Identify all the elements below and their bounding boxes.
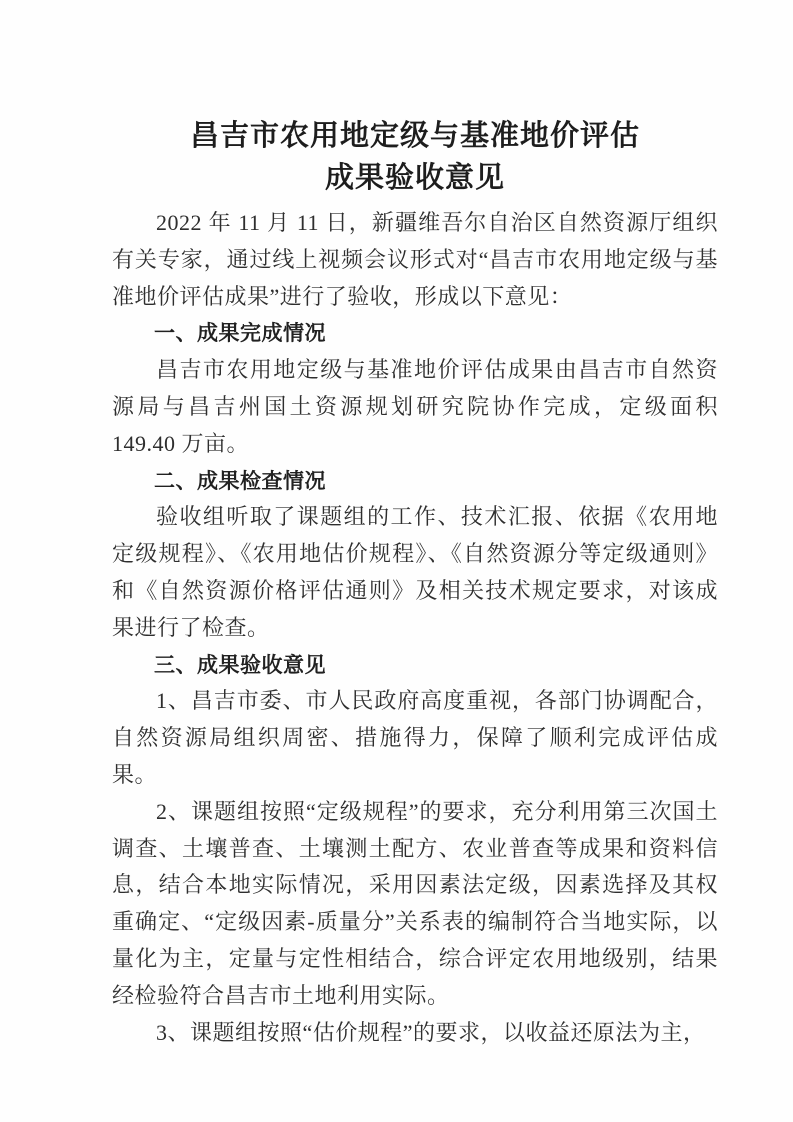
opinion-item-1: 1、昌吉市委、市人民政府高度重视，各部门协调配合，自然资源局组织周密、措施得力，… [112,683,718,793]
section-heading-completion: 一、成果完成情况 [112,315,718,352]
inspection-paragraph: 验收组听取了课题组的工作、技术汇报、依据《农用地定级规程》、《农用地估价规程》、… [112,499,718,646]
completion-paragraph: 昌吉市农用地定级与基准地价评估成果由昌吉市自然资源局与昌吉州国土资源规划研究院协… [112,352,718,462]
document-page: 昌吉市农用地定级与基准地价评估 成果验收意见 2022 年 11 月 11 日，… [0,0,793,1122]
document-title-line1: 昌吉市农用地定级与基准地价评估 [112,114,718,156]
document-title: 昌吉市农用地定级与基准地价评估 成果验收意见 [112,114,718,198]
intro-paragraph: 2022 年 11 月 11 日，新疆维吾尔自治区自然资源厅组织有关专家，通过线… [112,205,718,315]
section-heading-acceptance-opinion: 三、成果验收意见 [112,647,718,684]
opinion-item-3: 3、课题组按照“估价规程”的要求，以收益还原法为主， [112,1015,718,1052]
document-title-line2: 成果验收意见 [112,156,718,198]
opinion-item-2: 2、课题组按照“定级规程”的要求，充分利用第三次国土调查、土壤普查、土壤测土配方… [112,794,718,1015]
section-heading-inspection: 二、成果检查情况 [112,463,718,500]
document-content: 昌吉市农用地定级与基准地价评估 成果验收意见 2022 年 11 月 11 日，… [112,114,718,1051]
